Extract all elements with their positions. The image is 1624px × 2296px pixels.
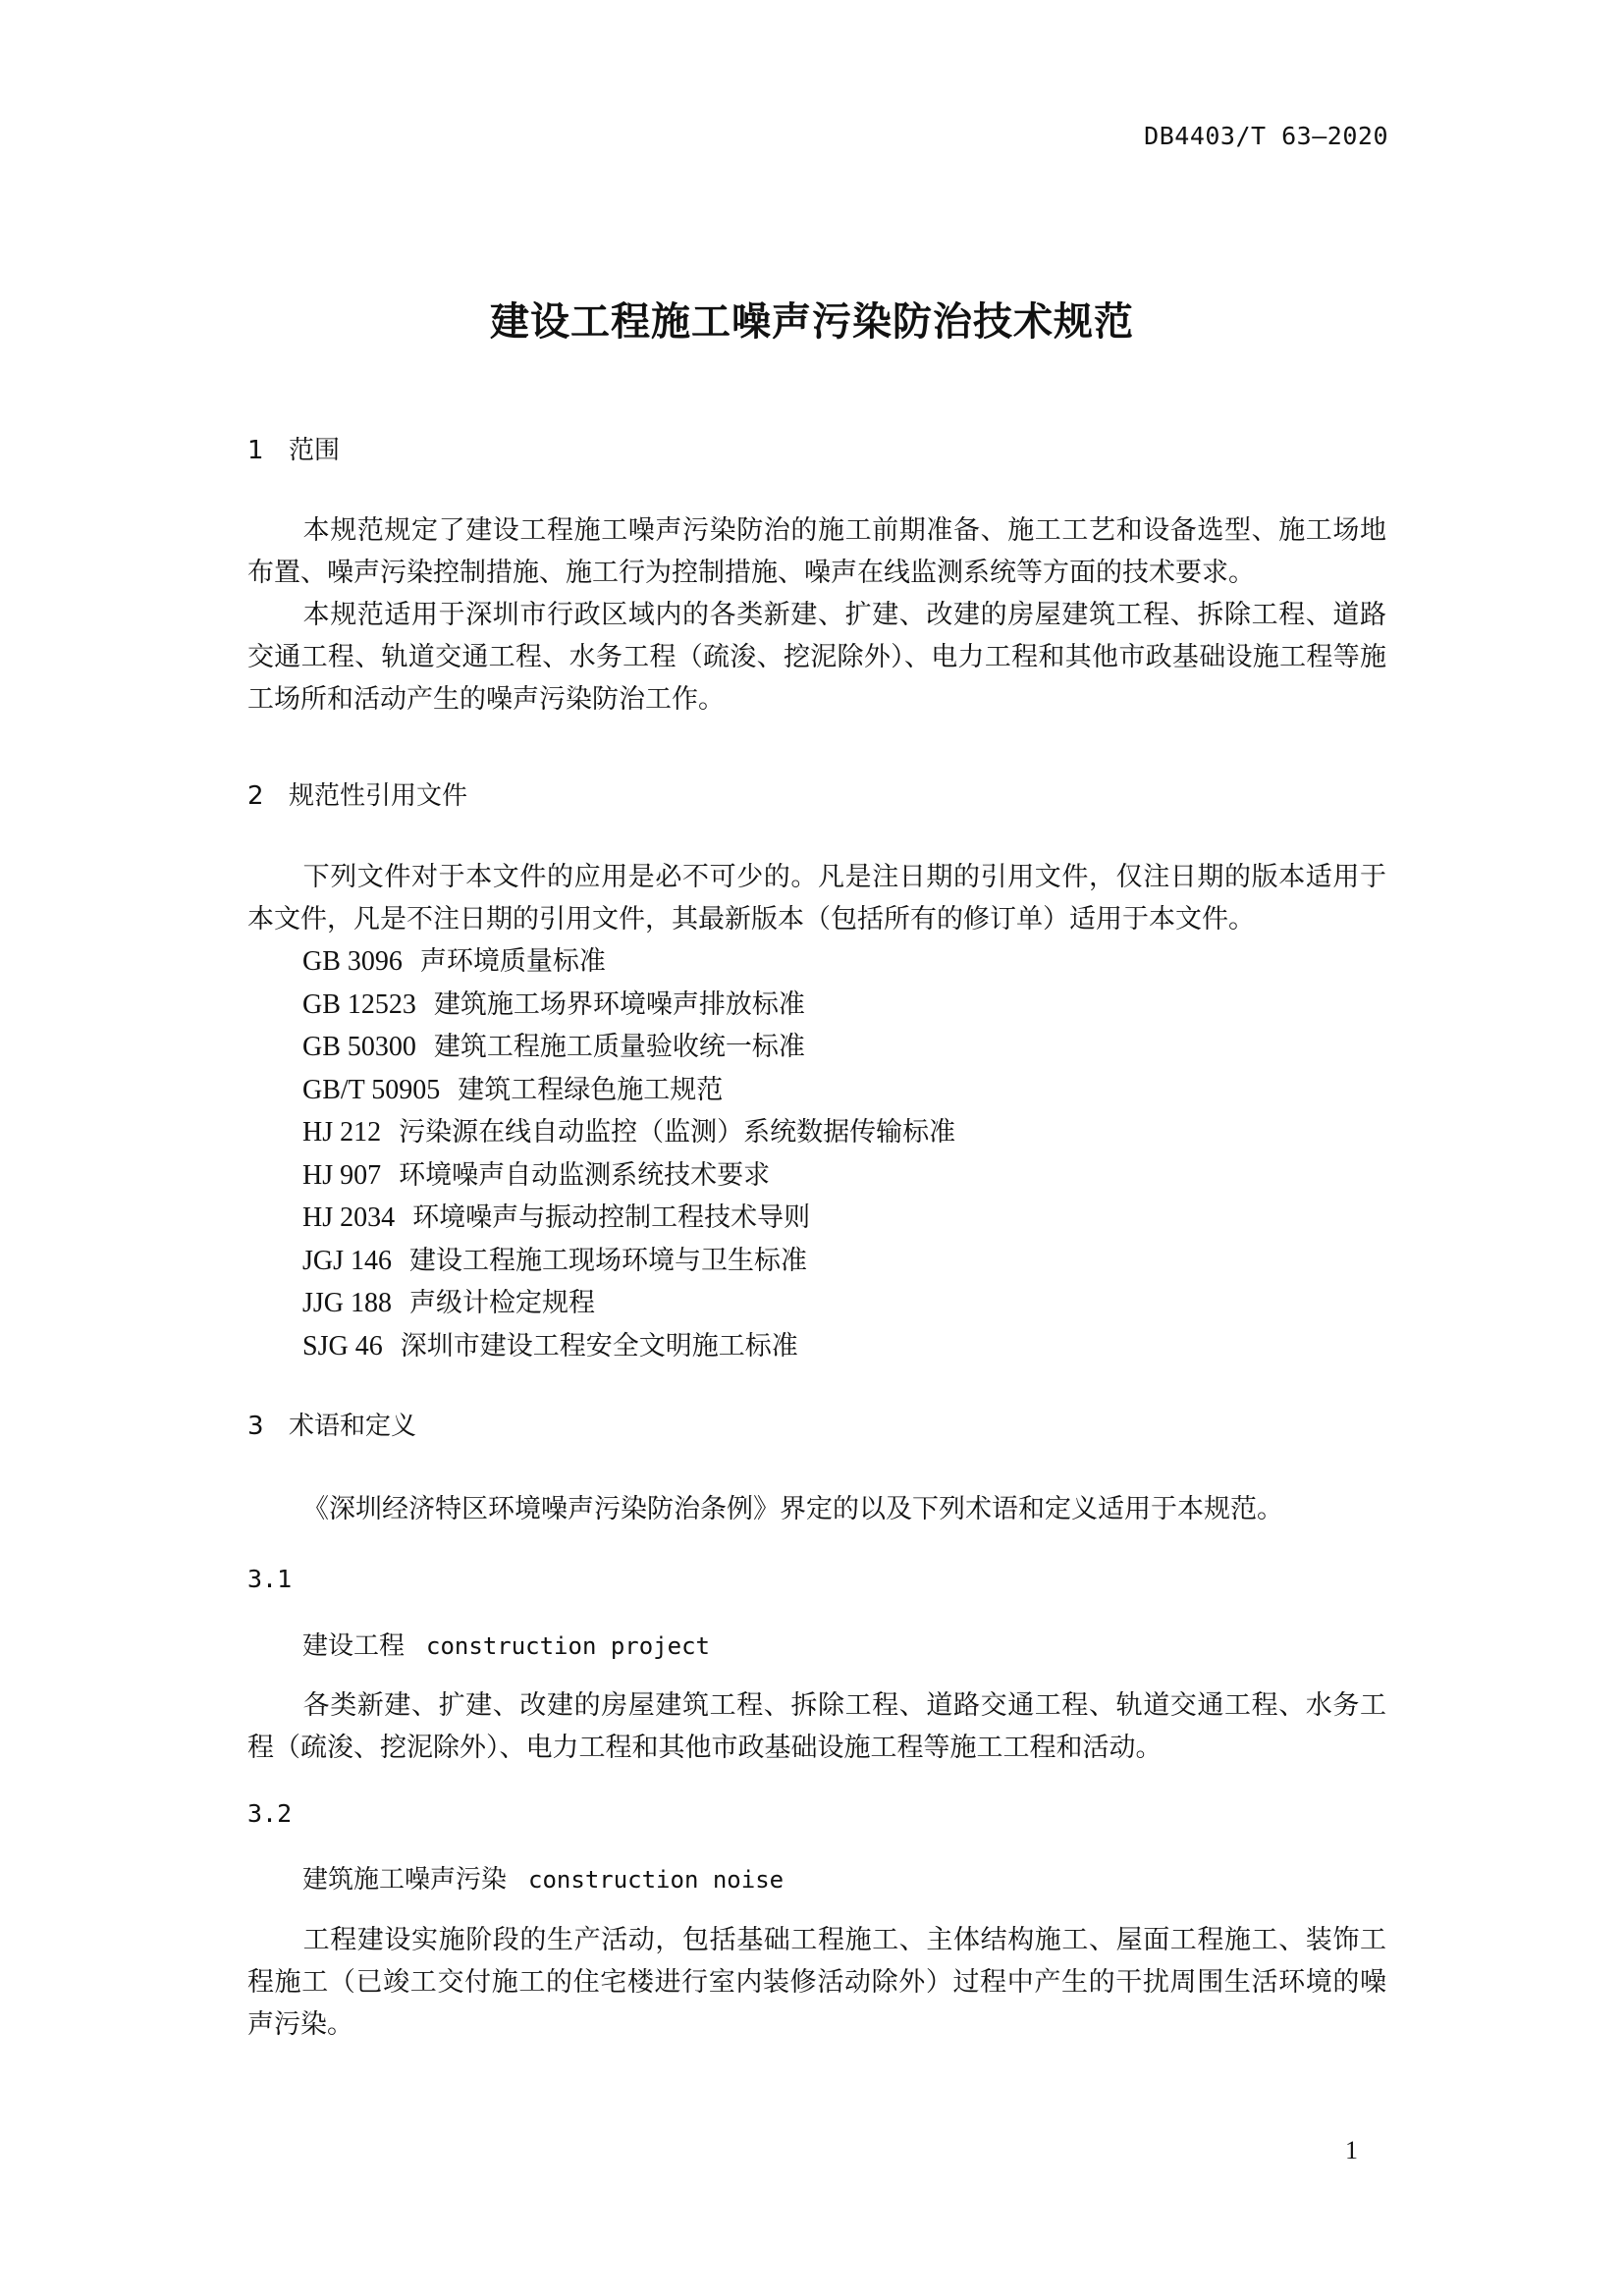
section-1-paragraph-2: 本规范适用于深圳市行政区域内的各类新建、扩建、改建的房屋建筑工程、拆除工程、道路… [247, 594, 1386, 721]
section-2-intro: 下列文件对于本文件的应用是必不可少的。凡是注日期的引用文件，仅注日期的版本适用于… [247, 856, 1386, 940]
term-definition: 工程建设实施阶段的生产活动，包括基础工程施工、主体结构施工、屋面工程施工、装饰工… [247, 1919, 1386, 2046]
term-number: 3.2 [247, 1799, 292, 1828]
term-heading: 建筑施工噪声污染construction noise [302, 1859, 784, 1896]
term-en: construction noise [528, 1866, 784, 1894]
reference-item: JJG 188声级计检定规程 [302, 1282, 955, 1325]
reference-item: GB/T 50905建筑工程绿色施工规范 [302, 1069, 955, 1112]
document-title: 建设工程施工噪声污染防治技术规范 [0, 291, 1624, 347]
term-en: construction project [426, 1632, 710, 1660]
term-zh: 建筑施工噪声污染 [302, 1865, 507, 1895]
section-title: 范围 [289, 436, 340, 465]
section-2-heading: 2规范性引用文件 [247, 775, 467, 812]
section-1-heading: 1范围 [247, 430, 340, 466]
reference-item: HJ 2034环境噪声与振动控制工程技术导则 [302, 1197, 955, 1240]
reference-item: HJ 212污染源在线自动监控（监测）系统数据传输标准 [302, 1111, 955, 1154]
term-definition: 各类新建、扩建、改建的房屋建筑工程、拆除工程、道路交通工程、轨道交通工程、水务工… [247, 1684, 1386, 1769]
section-3-heading: 3术语和定义 [247, 1406, 416, 1442]
section-title: 术语和定义 [289, 1412, 416, 1441]
section-1-paragraph-1: 本规范规定了建设工程施工噪声污染防治的施工前期准备、施工工艺和设备选型、施工场地… [247, 509, 1386, 594]
section-number: 2 [247, 781, 289, 811]
reference-item: SJG 46深圳市建设工程安全文明施工标准 [302, 1325, 955, 1368]
reference-item: JGJ 146建设工程施工现场环境与卫生标准 [302, 1240, 955, 1283]
document-code: DB4403/T 63—2020 [1144, 122, 1388, 150]
term-heading: 建设工程construction project [302, 1626, 710, 1662]
section-number: 3 [247, 1412, 289, 1441]
section-3-intro: 《深圳经济特区环境噪声污染防治条例》界定的以及下列术语和定义适用于本规范。 [247, 1488, 1386, 1530]
reference-item: HJ 907环境噪声自动监测系统技术要求 [302, 1154, 955, 1198]
page-number: 1 [1345, 2136, 1358, 2165]
reference-list: GB 3096声环境质量标准 GB 12523建筑施工场界环境噪声排放标准 GB… [302, 940, 955, 1367]
section-title: 规范性引用文件 [289, 781, 467, 811]
reference-item: GB 50300建筑工程施工质量验收统一标准 [302, 1026, 955, 1069]
section-number: 1 [247, 436, 289, 465]
reference-item: GB 12523建筑施工场界环境噪声排放标准 [302, 984, 955, 1027]
term-number: 3.1 [247, 1565, 292, 1593]
reference-item: GB 3096声环境质量标准 [302, 940, 955, 984]
term-zh: 建设工程 [302, 1631, 405, 1661]
